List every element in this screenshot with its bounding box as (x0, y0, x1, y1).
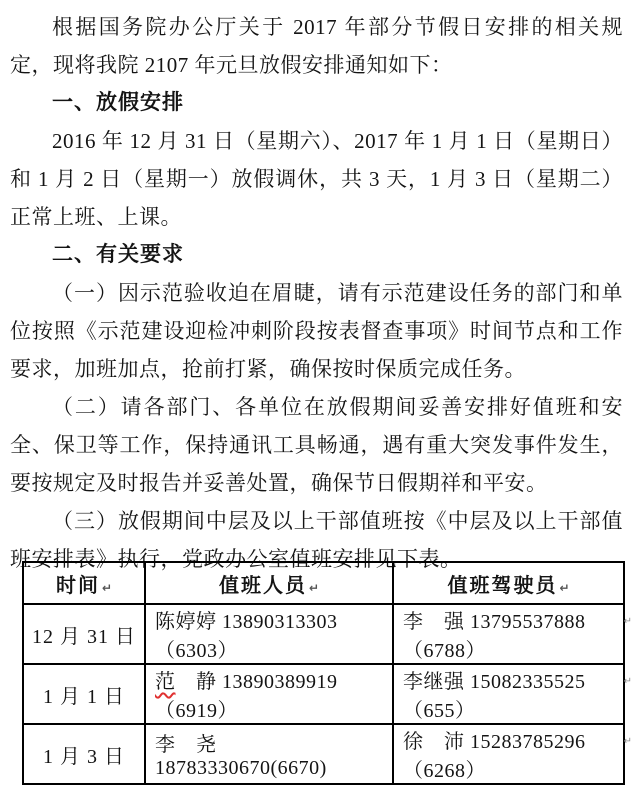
cell-time: 12 月 31 日 (23, 604, 145, 664)
duty-table: 时间↵ 值班人员↵ 值班驾驶员↵ 12 月 31 日 陈婷婷 138903133… (22, 561, 625, 785)
col-header-time-label: 时间 (56, 575, 100, 597)
cell-driver: 李 强 13795537888（6788）↵ (393, 604, 624, 664)
paragraph-mark-icon: ↵ (559, 581, 569, 595)
section-heading-2: 二、有关要求 (10, 236, 623, 274)
col-header-staff-label: 值班人员 (219, 575, 307, 597)
paragraph-holiday: 2016 年 12 月 31 日（星期六）、2017 年 1 月 1 日（星期日… (10, 122, 623, 236)
table-row: 12 月 31 日 陈婷婷 13890313303（6303） 李 强 1379… (23, 604, 624, 664)
document-page: 根据国务院办公厅关于 2017 年部分节假日安排的相关规定，现将我院 2107 … (0, 0, 644, 790)
table-row: 1 月 3 日 李 尧 18783330670(6670) 徐 沛 152837… (23, 724, 624, 784)
cell-driver: 徐 沛 15283785296（6268）↵ (393, 724, 624, 784)
paragraph-req-1: （一）因示范验收迫在眉睫，请有示范建设任务的部门和单位按照《示范建设迎检冲刺阶段… (10, 274, 623, 388)
col-header-staff: 值班人员↵ (145, 562, 393, 604)
paragraph-req-2: （二）请各部门、各单位在放假期间妥善安排好值班和安全、保卫等工作，保持通讯工具畅… (10, 388, 623, 502)
col-header-driver: 值班驾驶员↵ (393, 562, 624, 604)
section-heading-1: 一、放假安排 (10, 84, 623, 122)
paragraph-mark-icon: ↵ (624, 676, 632, 687)
table-header-row: 时间↵ 值班人员↵ 值班驾驶员↵ (23, 562, 624, 604)
paragraph-mark-icon: ↵ (309, 581, 319, 595)
notice-body: 根据国务院办公厅关于 2017 年部分节假日安排的相关规定，现将我院 2107 … (10, 8, 623, 578)
cell-staff: 陈婷婷 13890313303（6303） (145, 604, 393, 664)
driver-text: 李 强 13795537888（6788） (403, 611, 586, 662)
paragraph-intro: 根据国务院办公厅关于 2017 年部分节假日安排的相关规定，现将我院 2107 … (10, 8, 623, 84)
cell-time: 1 月 3 日 (23, 724, 145, 784)
staff-text: 静 13890389919（6919） (155, 671, 338, 722)
staff-text: 陈婷婷 13890313303（6303） (155, 611, 338, 662)
staff-misspelled-text: 范 (155, 671, 176, 693)
cell-staff: 范 静 13890389919（6919） (145, 664, 393, 724)
col-header-time: 时间↵ (23, 562, 145, 604)
paragraph-mark-icon: ↵ (102, 581, 112, 595)
paragraph-mark-icon: ↵ (624, 736, 632, 747)
driver-text: 徐 沛 15283785296（6268） (403, 731, 586, 782)
table-row: 1 月 1 日 范 静 13890389919（6919） 李继强 150823… (23, 664, 624, 724)
paragraph-mark-icon: ↵ (624, 616, 632, 627)
driver-text: 李继强 15082335525（655） (403, 671, 586, 722)
cell-driver: 李继强 15082335525（655）↵ (393, 664, 624, 724)
staff-text: 李 尧 18783330670(6670) (155, 734, 327, 779)
col-header-driver-label: 值班驾驶员 (447, 575, 557, 597)
cell-time: 1 月 1 日 (23, 664, 145, 724)
cell-staff: 李 尧 18783330670(6670) (145, 724, 393, 784)
